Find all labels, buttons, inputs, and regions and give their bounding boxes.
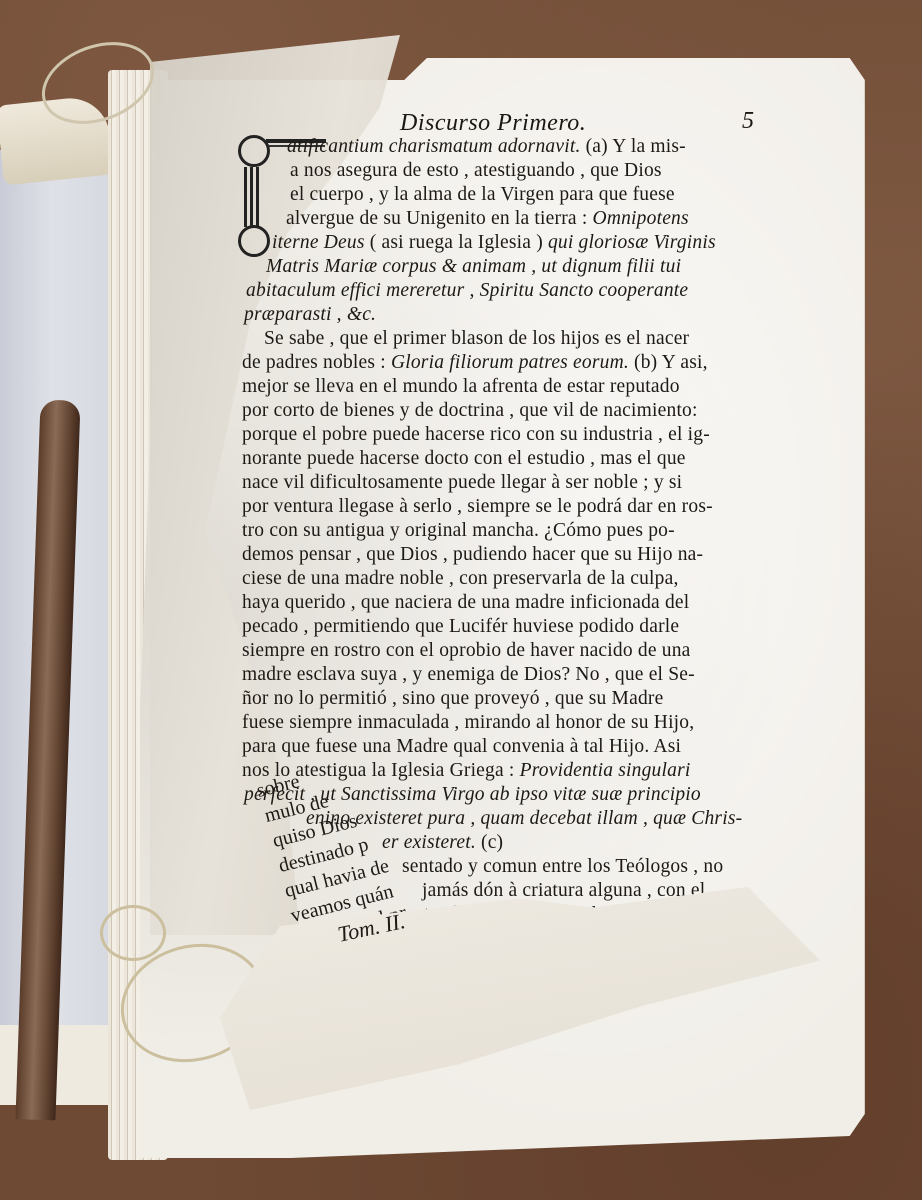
text-line: Se sabe , que el primer blason de los hi… <box>264 327 689 351</box>
ornament-knot-bottom <box>238 225 270 257</box>
text-line: de padres nobles : Gloria filiorum patre… <box>242 351 708 375</box>
text-line: nace vil dificultosamente puede llegar à… <box>242 471 682 495</box>
text-line: er existeret. (c) <box>382 831 503 855</box>
text-line: pecado , permitiendo que Lucifér huviese… <box>242 615 679 639</box>
text-line: nos lo atestigua la Iglesia Griega : Pro… <box>242 759 690 783</box>
text-line: abitaculum effici mereretur , Spiritu Sa… <box>246 279 688 303</box>
text-line: iterne Deus ( asi ruega la Iglesia ) qui… <box>272 231 716 255</box>
text-line: tro con su antigua y original mancha. ¿C… <box>242 519 675 543</box>
text-line: para que fuese una Madre qual convenia à… <box>242 735 681 759</box>
text-line: siempre en rostro con el oprobio de have… <box>242 639 691 663</box>
running-head: Discurso Primero. <box>400 110 586 137</box>
text-line: mejor se lleva en el mundo la afrenta de… <box>242 375 680 399</box>
text-line: enino existeret pura , quam decebat illa… <box>306 807 742 831</box>
text-line: alvergue de su Unigenito en la tierra : … <box>286 207 689 231</box>
text-line: haya querido , que naciera de una madre … <box>242 591 689 615</box>
text-line: atificantium charismatum adornavit. (a) … <box>287 135 686 159</box>
text-line: el cuerpo , y la alma de la Virgen para … <box>290 183 675 207</box>
text-line: sentado y comun entre los Teólogos , no <box>402 855 723 879</box>
ornament-stem <box>244 167 262 227</box>
text-line: præparasti , &c. <box>244 303 376 327</box>
text-line: ñor no lo permitió , sino que proveyó , … <box>242 687 663 711</box>
text-line: madre esclava suya , y enemiga de Dios? … <box>242 663 695 687</box>
ornamental-drop-cap <box>236 133 274 253</box>
text-line: Matris Mariæ corpus & animam , ut dignum… <box>266 255 681 279</box>
text-line: norante puede hacerse docto con el estud… <box>242 447 686 471</box>
text-line: a nos asegura de esto , atestiguando , q… <box>290 159 662 183</box>
text-line: por corto de bienes y de doctrina , que … <box>242 399 698 423</box>
page-number: 5 <box>742 108 754 135</box>
text-line: porque el pobre puede hacerse rico con s… <box>242 423 710 447</box>
text-line: fuese siempre inmaculada , mirando al ho… <box>242 711 694 735</box>
text-line: ciese de una madre noble , con preservar… <box>242 567 679 591</box>
ornament-knot-top <box>238 135 270 167</box>
binding-string-loop <box>100 905 166 961</box>
text-line: demos pensar , que Dios , pudiendo hacer… <box>242 543 703 567</box>
text-line: por ventura llegase à serlo , siempre se… <box>242 495 713 519</box>
